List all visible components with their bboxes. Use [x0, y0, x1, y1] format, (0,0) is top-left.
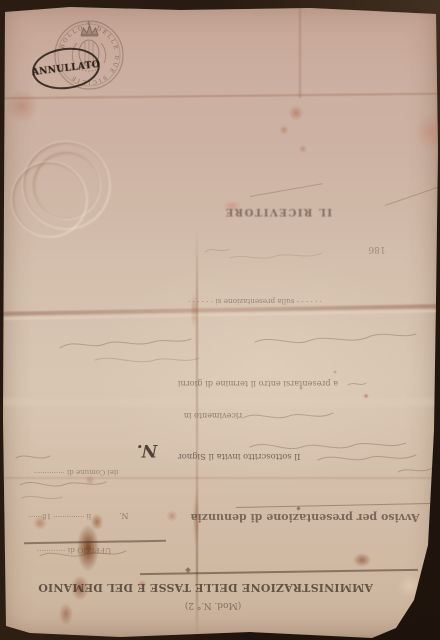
invitation-line: Il sottoscritto invita il Signor [164, 452, 314, 462]
scratch-mark [250, 183, 323, 197]
embossed-seal-second-circle [11, 161, 87, 237]
vertical-crease [299, 6, 301, 98]
office-line: UFFIZIO di ············ [8, 546, 140, 555]
scratch-mark [385, 187, 438, 206]
rule-tick-mark [296, 506, 300, 510]
annullato-label: ANNULLATO [31, 59, 100, 77]
faint-crease [0, 398, 440, 406]
faint-print-line: · · · · · · sulla presentazione si · · ·… [150, 297, 360, 306]
rule-tick-mark [185, 567, 191, 573]
small-number-label: N. [114, 511, 134, 520]
aged-paper-sheet: BOLLO · DELLE DUE SICILIE · ANNULLATO IL… [0, 0, 440, 640]
date-line: li ·············· 18······ [10, 512, 110, 520]
document-number-label: N. [129, 440, 165, 460]
vertical-crease [196, 228, 198, 640]
year-fragment: 186 [364, 244, 390, 254]
photo-of-document: BOLLO · DELLE DUE SICILIE · ANNULLATO IL… [0, 0, 440, 640]
faint-crease [0, 477, 440, 479]
notice-title: Avviso per presentazione di denunzia [181, 511, 429, 524]
receiver-signature-line: IL RICEVITORE [228, 206, 332, 217]
title-rule [236, 503, 430, 508]
form-model-number: (Mod. N.° 2) [163, 600, 263, 610]
term-of-days-line: a presentarsi entro il termine di giorni [166, 379, 350, 389]
fold-highlight [0, 310, 440, 320]
receipt-line: ricevimento in [183, 411, 243, 420]
header-rule [140, 569, 418, 575]
commune-line: del Comune di ·············· [12, 468, 140, 476]
left-signature-rule [24, 540, 166, 544]
administration-header: AMMINISTRAZIONE DELLE TASSE E DEL DEMANI… [91, 581, 373, 594]
